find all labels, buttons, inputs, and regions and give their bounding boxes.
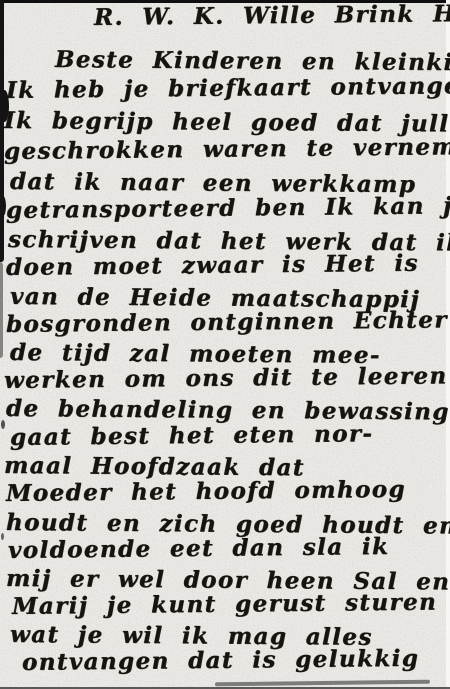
handwritten-line: Ik heb je briefkaart ontvangen [6, 72, 450, 104]
handwritten-line: bosgronden ontginnen Echter [6, 306, 448, 338]
handwritten-line: gaat best het eten nor- [10, 420, 374, 451]
handwritten-line: doen moet zwaar is Het is [6, 250, 419, 281]
handwritten-line: werken om ons dit te leeren [4, 362, 448, 394]
letter-body: R. W. K. Wille Brink Hummelo Beste Kinde… [0, 0, 450, 689]
handwritten-line: Moeder het hoofd omhoog [6, 476, 406, 507]
handwritten-line: Marij je kunt gerust sturen [12, 589, 437, 620]
handwritten-line: geschrokken waren te vernemen [4, 133, 450, 165]
scanned-letter-page: R. W. K. Wille Brink Hummelo Beste Kinde… [0, 0, 450, 689]
handwritten-line: voldoende eet dan sla ik [8, 533, 390, 564]
letter-header-line: R. W. K. Wille Brink Hummelo [94, 0, 450, 31]
handwritten-line: ontvangen dat is gelukkig [22, 645, 420, 676]
handwritten-line: getransporteerd ben Ik kan je [6, 192, 450, 224]
